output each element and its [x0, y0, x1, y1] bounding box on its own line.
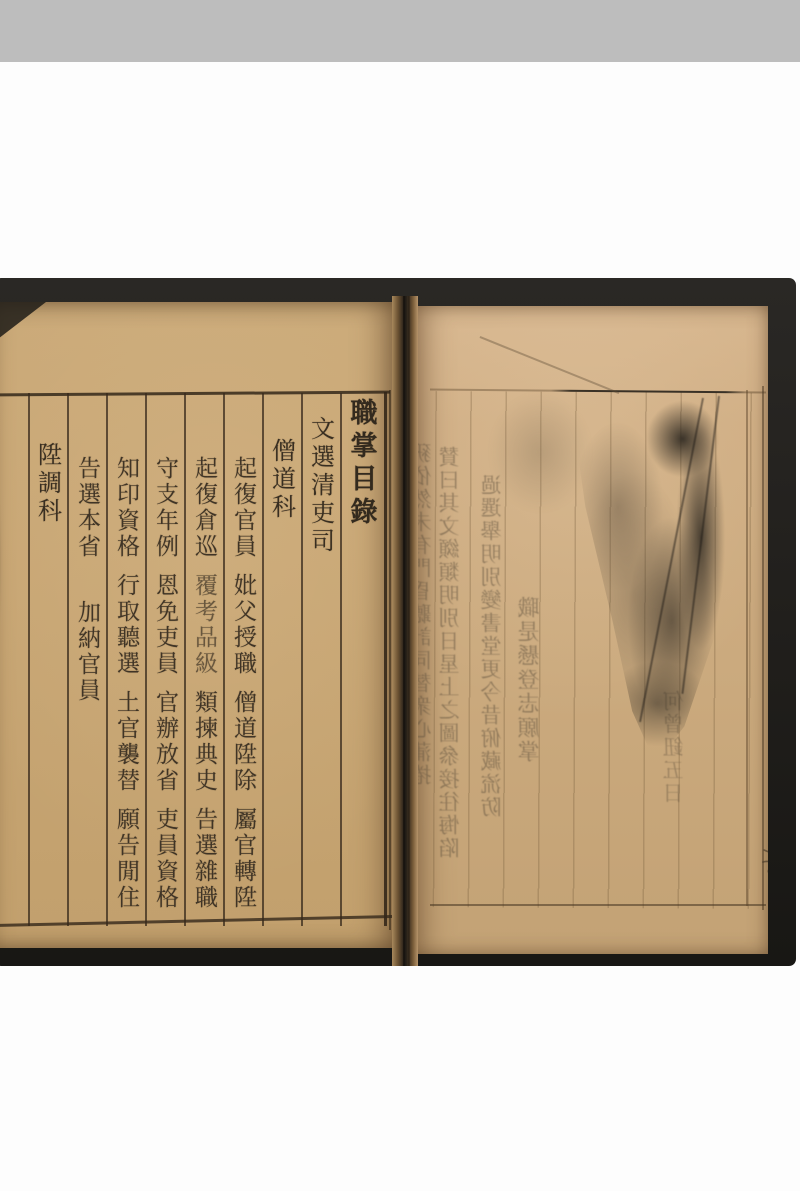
entry-column: 起復官員 妣父授職 僧道陞除 屬官轉陞: [223, 456, 262, 911]
handwritten-annotation-mark: [758, 846, 768, 910]
entry-column: 守支年例 恩免吏員 官辦放省 吏員資格: [145, 456, 184, 911]
toc-entry: 行取聽選: [114, 573, 137, 677]
gutter-fold-line: [403, 296, 405, 966]
toc-entry: 吏員資格: [153, 807, 176, 911]
subsection-heading: 僧道科: [270, 438, 294, 522]
book-scan: 職掌目錄 文選清吏司 僧道科 起復官員 妣父授職 僧道陞除 屬官轉陞 起復倉巡 …: [0, 278, 796, 966]
book-gutter: [392, 296, 418, 966]
toc-entry: 願告閒住: [114, 807, 137, 911]
closing-section-heading: 陞調科: [36, 442, 60, 526]
scanned-book-spread: 職掌目錄 文選清吏司 僧道科 起復官員 妣父授職 僧道陞除 屬官轉陞 起復倉巡 …: [0, 0, 800, 1191]
toc-entry: 土官襲替: [114, 690, 137, 794]
show-through-column: 豣依然未有門昏聽計同替衆心蒲捲: [418, 442, 433, 787]
toc-entry: 類揀典史: [192, 690, 215, 794]
toc-entry: 起復官員: [231, 456, 254, 560]
cover-corner-shadow: [0, 302, 46, 342]
toc-entry: 告選本省: [75, 456, 98, 560]
show-through-column: 職是懸登志願掌: [520, 596, 542, 764]
toc-entry: 告選雜職: [192, 807, 215, 911]
page-title: 職掌目錄: [348, 398, 375, 530]
toc-entry: 起復倉巡: [192, 456, 215, 560]
entry-column: 知印資格 行取聽選 土官襲替 願告閒住: [106, 456, 145, 911]
closing-section-column: 陞調科: [28, 442, 67, 526]
background-top-strip: [0, 0, 800, 62]
subsection-column: 僧道科: [262, 438, 301, 522]
right-page-margin-rule: [762, 386, 764, 910]
toc-entry: 妣父授職: [231, 573, 254, 677]
toc-entry: 屬官轉陞: [231, 807, 254, 911]
toc-entry: 加納官員: [75, 600, 98, 704]
toc-entry: 守支年例: [153, 456, 176, 560]
toc-entry: 覆考品級: [192, 573, 215, 677]
ink-smudge-left-edge: [0, 495, 7, 627]
toc-entry: 恩免吏員: [153, 573, 176, 677]
gutter-fold-line: [408, 296, 410, 966]
left-page: 職掌目錄 文選清吏司 僧道科 起復官員 妣父授職 僧道陞除 屬官轉陞 起復倉巡 …: [0, 302, 392, 948]
left-page-frame-right-rule: [384, 392, 387, 926]
entry-column: 告選本省 加納官員: [67, 456, 106, 704]
section-heading: 文選清吏司: [309, 416, 333, 556]
right-page-frame-bottom-rule: [430, 904, 766, 906]
toc-title-column: 職掌目錄: [340, 398, 382, 530]
section-column: 文選清吏司: [301, 416, 340, 556]
toc-entry: 知印資格: [114, 456, 137, 560]
show-through-column: 賛曰其文纐類明別日星上之圖叅接往悔陷: [440, 446, 461, 860]
right-page-frame-right-rule: [746, 390, 748, 906]
left-page-frame-outer-rule: [389, 390, 391, 930]
toc-entry: 官辦放省: [153, 690, 176, 794]
right-page: 職是懸登志願掌 過選舉明別變書堂更今昔俯藏流防 賛曰其文纐類明別日星上之圖叅接往…: [418, 306, 768, 954]
right-page-edge-title: 職掌序: [766, 398, 768, 482]
toc-entry: 僧道陞除: [231, 690, 254, 794]
entry-column: 起復倉巡 覆考品級 類揀典史 告選雜職: [184, 456, 223, 911]
show-through-column: 過選舉明別變書堂更今昔俯藏流防: [482, 474, 503, 819]
